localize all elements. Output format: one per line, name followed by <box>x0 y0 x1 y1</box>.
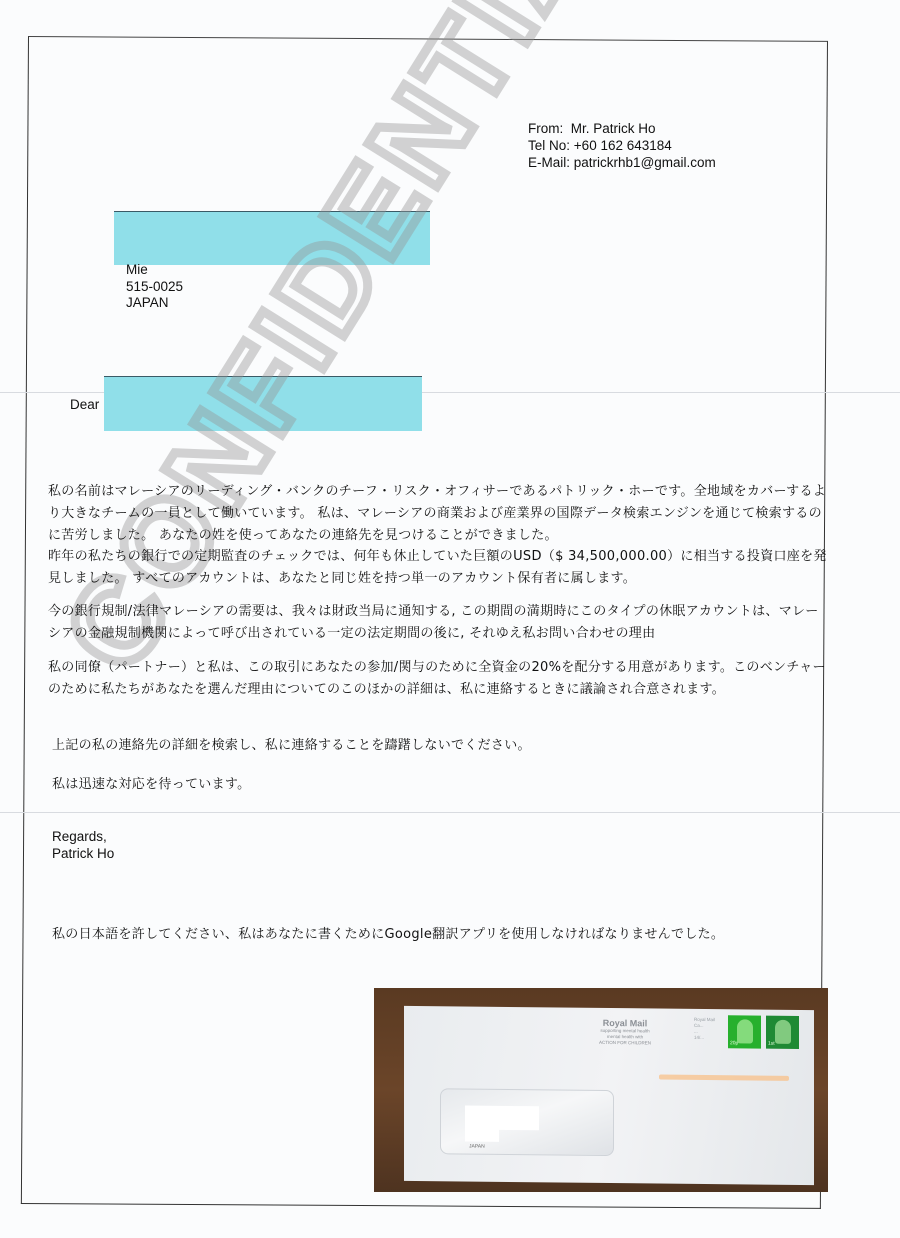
address-line: Mie <box>126 262 183 279</box>
body-paragraph-3: 今の銀行規制/法律マレーシアの需要は、我々は財政当局に通知する, この期間の満期… <box>48 601 828 645</box>
window-country: JAPAN <box>469 1144 485 1150</box>
salutation-name-redaction <box>104 376 422 431</box>
queen-profile-icon <box>775 1020 791 1044</box>
body-paragraph-4: 私の同僚（パートナー）と私は、この取引にあなたの参加/関与のために全資金の20%… <box>48 657 828 701</box>
envelope-photo: Royal Mail supporting mental health ment… <box>374 988 828 1192</box>
postscript: 私の日本語を許してください、私はあなたに書くためにGoogle翻訳アプリを使用し… <box>52 924 832 946</box>
stamp-icon: 20p <box>728 1015 761 1048</box>
sender-email: E-Mail: patrickrhb1@gmail.com <box>528 154 716 171</box>
salutation: Dear <box>70 397 99 412</box>
sender-block: From: Mr. Patrick Ho Tel No: +60 162 643… <box>528 120 716 171</box>
body-paragraph-1: 私の名前はマレーシアのリーディング・バンクのチーフ・リスク・オフィサーであるパト… <box>48 481 828 547</box>
recipient-address: Mie 515-0025 JAPAN <box>126 262 183 312</box>
closing-block: Regards, Patrick Ho <box>52 828 114 862</box>
postmark-slogan: Royal Mail supporting mental health ment… <box>599 1018 651 1047</box>
closing-regards: Regards, <box>52 828 114 845</box>
barcode-strip <box>659 1075 789 1081</box>
address-line: JAPAN <box>126 295 183 312</box>
address-line: 515-0025 <box>126 279 183 296</box>
fold-line <box>0 812 900 813</box>
postmark-date: Royal Mail Ca... ... 14/... <box>694 1017 715 1041</box>
recipient-name-redaction <box>114 211 430 265</box>
queen-profile-icon <box>737 1019 753 1043</box>
sender-from: From: Mr. Patrick Ho <box>528 120 716 137</box>
body-paragraph-5: 上記の私の連絡先の詳細を検索し、私に連絡することを躊躇しないでください。 <box>52 735 832 757</box>
envelope-window: JAPAN <box>440 1088 614 1156</box>
sender-tel: Tel No: +60 162 643184 <box>528 137 716 154</box>
stamp-icon: 1st <box>766 1016 799 1049</box>
signature-name: Patrick Ho <box>52 845 114 862</box>
body-paragraph-2: 昨年の私たちの銀行での定期監査のチェックでは、何年も休止していた巨額のUSD（$… <box>48 546 828 590</box>
envelope: Royal Mail supporting mental health ment… <box>404 1006 814 1185</box>
address-redaction <box>465 1105 539 1130</box>
address-redaction <box>465 1127 499 1141</box>
body-paragraph-6: 私は迅速な対応を待っています。 <box>52 774 832 796</box>
